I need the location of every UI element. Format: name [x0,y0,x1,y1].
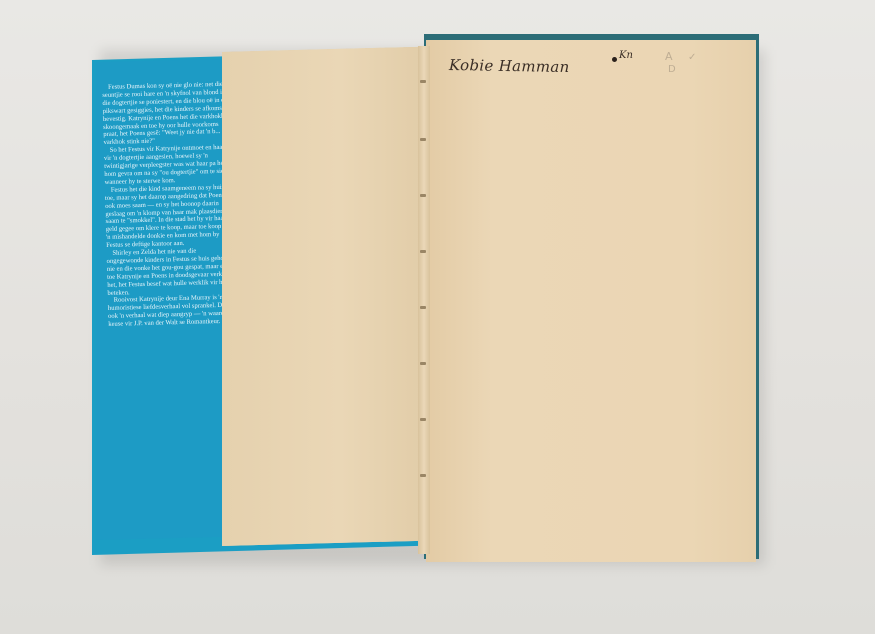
binding-stitch [420,250,426,253]
binding-stitch [420,80,426,83]
binding-stitch [420,194,426,197]
right-endpaper [426,40,756,562]
binding-stitch [420,362,426,365]
binding-stitch [420,474,426,477]
gutter [418,46,430,554]
blurb-paragraph: Shirley en Zelda het nie van die ongegew… [106,247,235,298]
blurb-paragraph: Rooivost Katrynije deur Ena Murray is 'n… [108,294,237,329]
pencil-mark: D [668,64,676,75]
blurb-paragraph: So het Festus vir Katrynije ontmoet en h… [104,144,233,187]
left-endpaper [222,47,420,546]
binding-stitch [420,138,426,141]
ink-dot [612,57,617,62]
binding-stitch [420,306,426,309]
pencil-mark: A [665,50,673,63]
blurb-paragraph: Festus het die kind saamgeneem na sy hui… [105,183,235,250]
flap-blurb: Festus Dumas kon sy oë nie glo nie: net … [102,81,236,329]
handwritten-initials: Kn [619,50,633,61]
blurb-paragraph: Festus Dumas kon sy oë nie glo nie: net … [102,81,232,148]
pencil-check-icon: ✓ [688,52,696,63]
handwritten-owner-name: Kobie Hamman [449,56,570,76]
binding-stitch [420,418,426,421]
